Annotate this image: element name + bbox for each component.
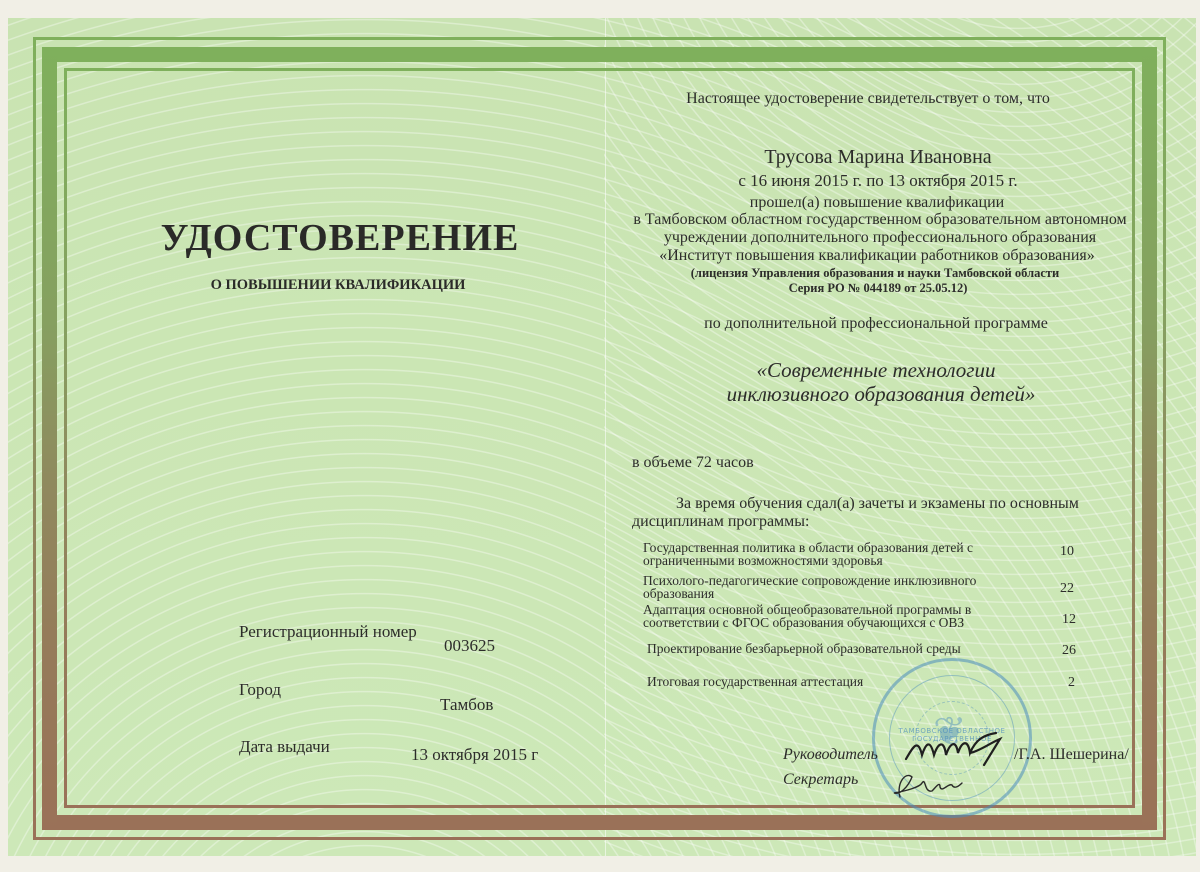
program-intro: по дополнительной профессиональной прогр… [704, 315, 1048, 333]
discipline-hours: 26 [1062, 643, 1076, 659]
discipline-name: Проектирование безбарьерной образователь… [647, 643, 961, 656]
study-period: с 16 июня 2015 г. по 13 октября 2015 г. [738, 171, 1017, 191]
discipline-hours: 2 [1068, 675, 1075, 691]
institution-line-1: в Тамбовском областном государственном о… [633, 211, 1126, 229]
certificate-subtitle: О ПОВЫШЕНИИ КВАЛИФИКАЦИИ [211, 277, 466, 294]
certificate-title: УДОСТОВЕРЕНИЕ [161, 216, 520, 260]
registration-number-value: 003625 [444, 636, 495, 656]
discipline-name: Итоговая государственная аттестация [647, 676, 863, 689]
issue-date-value: 13 октября 2015 г [411, 745, 538, 765]
program-title-line-2: инклюзивного образования детей» [727, 382, 1036, 407]
intro-text: Настоящее удостоверение свидетельствует … [686, 90, 1050, 108]
recipient-name: Трусова Марина Ивановна [764, 146, 991, 169]
discipline-name: соответствии с ФГОС образования обучающи… [643, 617, 964, 630]
secretary-signature-icon [886, 763, 966, 803]
registration-number-label: Регистрационный номер [239, 622, 417, 642]
director-label: Руководитель [783, 746, 878, 764]
director-name: /Г.А. Шешерина/ [1014, 746, 1129, 764]
institution-line-3: «Институт повышения квалификации работни… [659, 247, 1095, 265]
program-title-line-1: «Современные технологии [757, 358, 996, 383]
discipline-name: ограниченными возможностями здоровья [643, 555, 883, 568]
exams-intro-line-2: дисциплинам программы: [632, 513, 810, 531]
discipline-name: образования [643, 588, 714, 601]
city-value: Тамбов [440, 695, 493, 715]
license-line-1: (лицензия Управления образования и науки… [691, 266, 1059, 281]
issue-date-label: Дата выдачи [239, 737, 330, 757]
discipline-hours: 22 [1060, 581, 1074, 597]
certificate-content: УДОСТОВЕРЕНИЕ О ПОВЫШЕНИИ КВАЛИФИКАЦИИ Р… [0, 0, 1200, 872]
discipline-hours: 12 [1062, 612, 1076, 628]
license-line-2: Серия РО № 044189 от 25.05.12) [789, 281, 968, 296]
institution-line-2: учреждении дополнительного профессиональ… [664, 229, 1096, 247]
exams-intro-line-1: За время обучения сдал(а) зачеты и экзам… [676, 495, 1079, 513]
completed-text: прошел(а) повышение квалификации [750, 194, 1004, 212]
city-label: Город [239, 680, 281, 700]
secretary-label: Секретарь [783, 771, 858, 789]
course-volume: в объеме 72 часов [632, 454, 754, 472]
discipline-hours: 10 [1060, 544, 1074, 560]
